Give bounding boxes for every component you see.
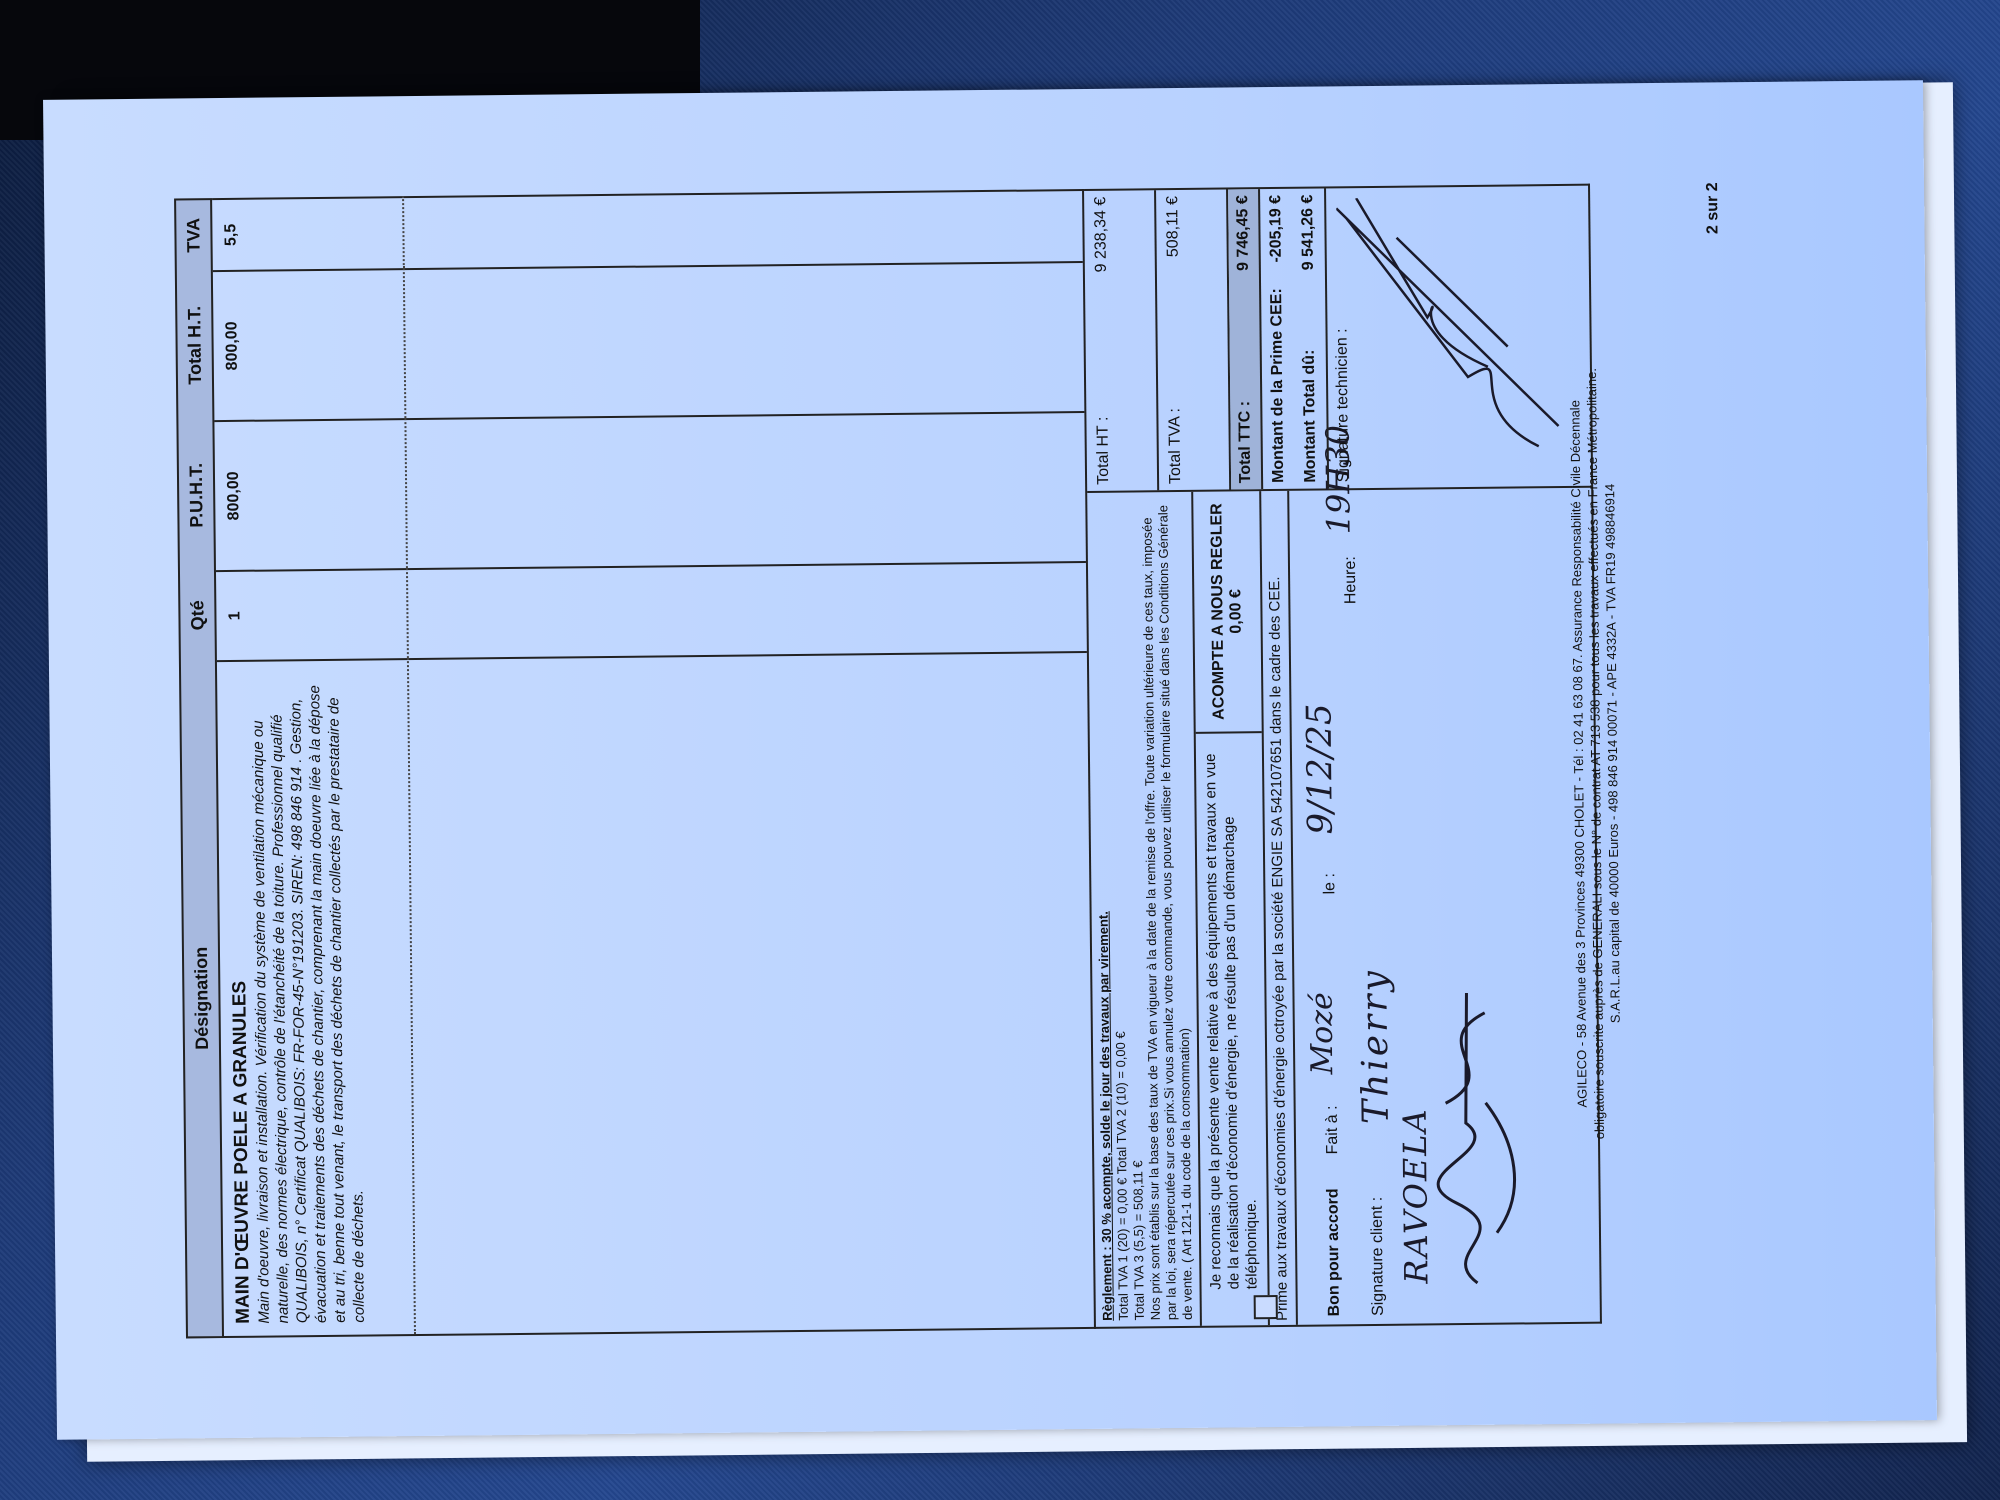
document-page: Désignation Qté P.U.H.T. Total H.T. TVA … [43,80,1937,1440]
fait-label: Fait à : [1324,1105,1343,1154]
item-description: Main d'oeuvre, livraison et installation… [248,673,369,1324]
price-conditions: Nos prix sont établis sur la base des ta… [1139,498,1196,1320]
acompte-amount: 0,00 € [1227,589,1245,634]
technician-signature-scribble [1336,196,1569,468]
prime-cee-value: -205,19 € [1267,195,1286,263]
accord-block: Bon pour accord Fait à : Mozé le : 9/12/… [1289,488,1548,1325]
total-ttc-label: Total TTC : [1236,401,1255,484]
heure-label: Heure: [1342,556,1361,604]
acknowledgement-text: Je reconnais que la présente vente relat… [1202,753,1261,1289]
fait-value: Mozé [1304,992,1340,1075]
page-number: 2 sur 2 [1704,182,1723,234]
item-qty: 1 [226,611,243,620]
date-value: 9/12/25 [1299,703,1340,834]
item-unit-price: 800,00 [225,471,243,520]
reglement-block: Règlement : 30 % acompte, solde le jour … [1087,492,1202,1327]
client-signature-scribble [1413,872,1527,1293]
technician-signature-box: Signature technicien : [1324,186,1591,489]
reglement-terms: Règlement : 30 % acompte, solde le jour … [1096,911,1115,1321]
total-ht-value: 9 238,34 € [1092,197,1111,273]
col-total-ht: Total H.T. [183,270,206,420]
total-due-label: Montant Total dû: [1301,350,1320,483]
col-tva: TVA [183,200,205,270]
total-ttc-value: 9 746,45 € [1234,195,1253,271]
acknowledgement-checkbox[interactable] [1254,1295,1278,1319]
total-ht-label: Total HT : [1094,417,1113,485]
client-signature-name-2: Thierry [1354,968,1397,1124]
row-separator [407,658,416,1334]
total-tva-label: Total TVA : [1166,408,1185,484]
total-due-value: 9 541,26 € [1299,195,1318,271]
acompte-label: ACOMPTE A NOUS REGLER [1208,503,1228,720]
col-qty: Qté [186,570,208,660]
item-total-ht: 800,00 [223,321,241,370]
date-label: le : [1321,873,1339,895]
client-signature-label: Signature client : [1369,1197,1388,1316]
acompte-box: ACOMPTE A NOUS REGLER 0,00 € [1193,491,1262,732]
col-unit-price: P.U.H.T. [185,420,208,570]
col-designation: Désignation [187,660,215,1336]
prime-cee-label: Montant de la Prime CEE: [1268,288,1288,483]
total-tva-value: 508,11 € [1164,196,1183,257]
item-tva: 5,5 [222,224,239,246]
table-row: MAIN D'ŒUVRE POELE A GRANULES Main d'oeu… [212,189,1096,1338]
bon-pour-accord: Bon pour accord [1325,1188,1344,1316]
